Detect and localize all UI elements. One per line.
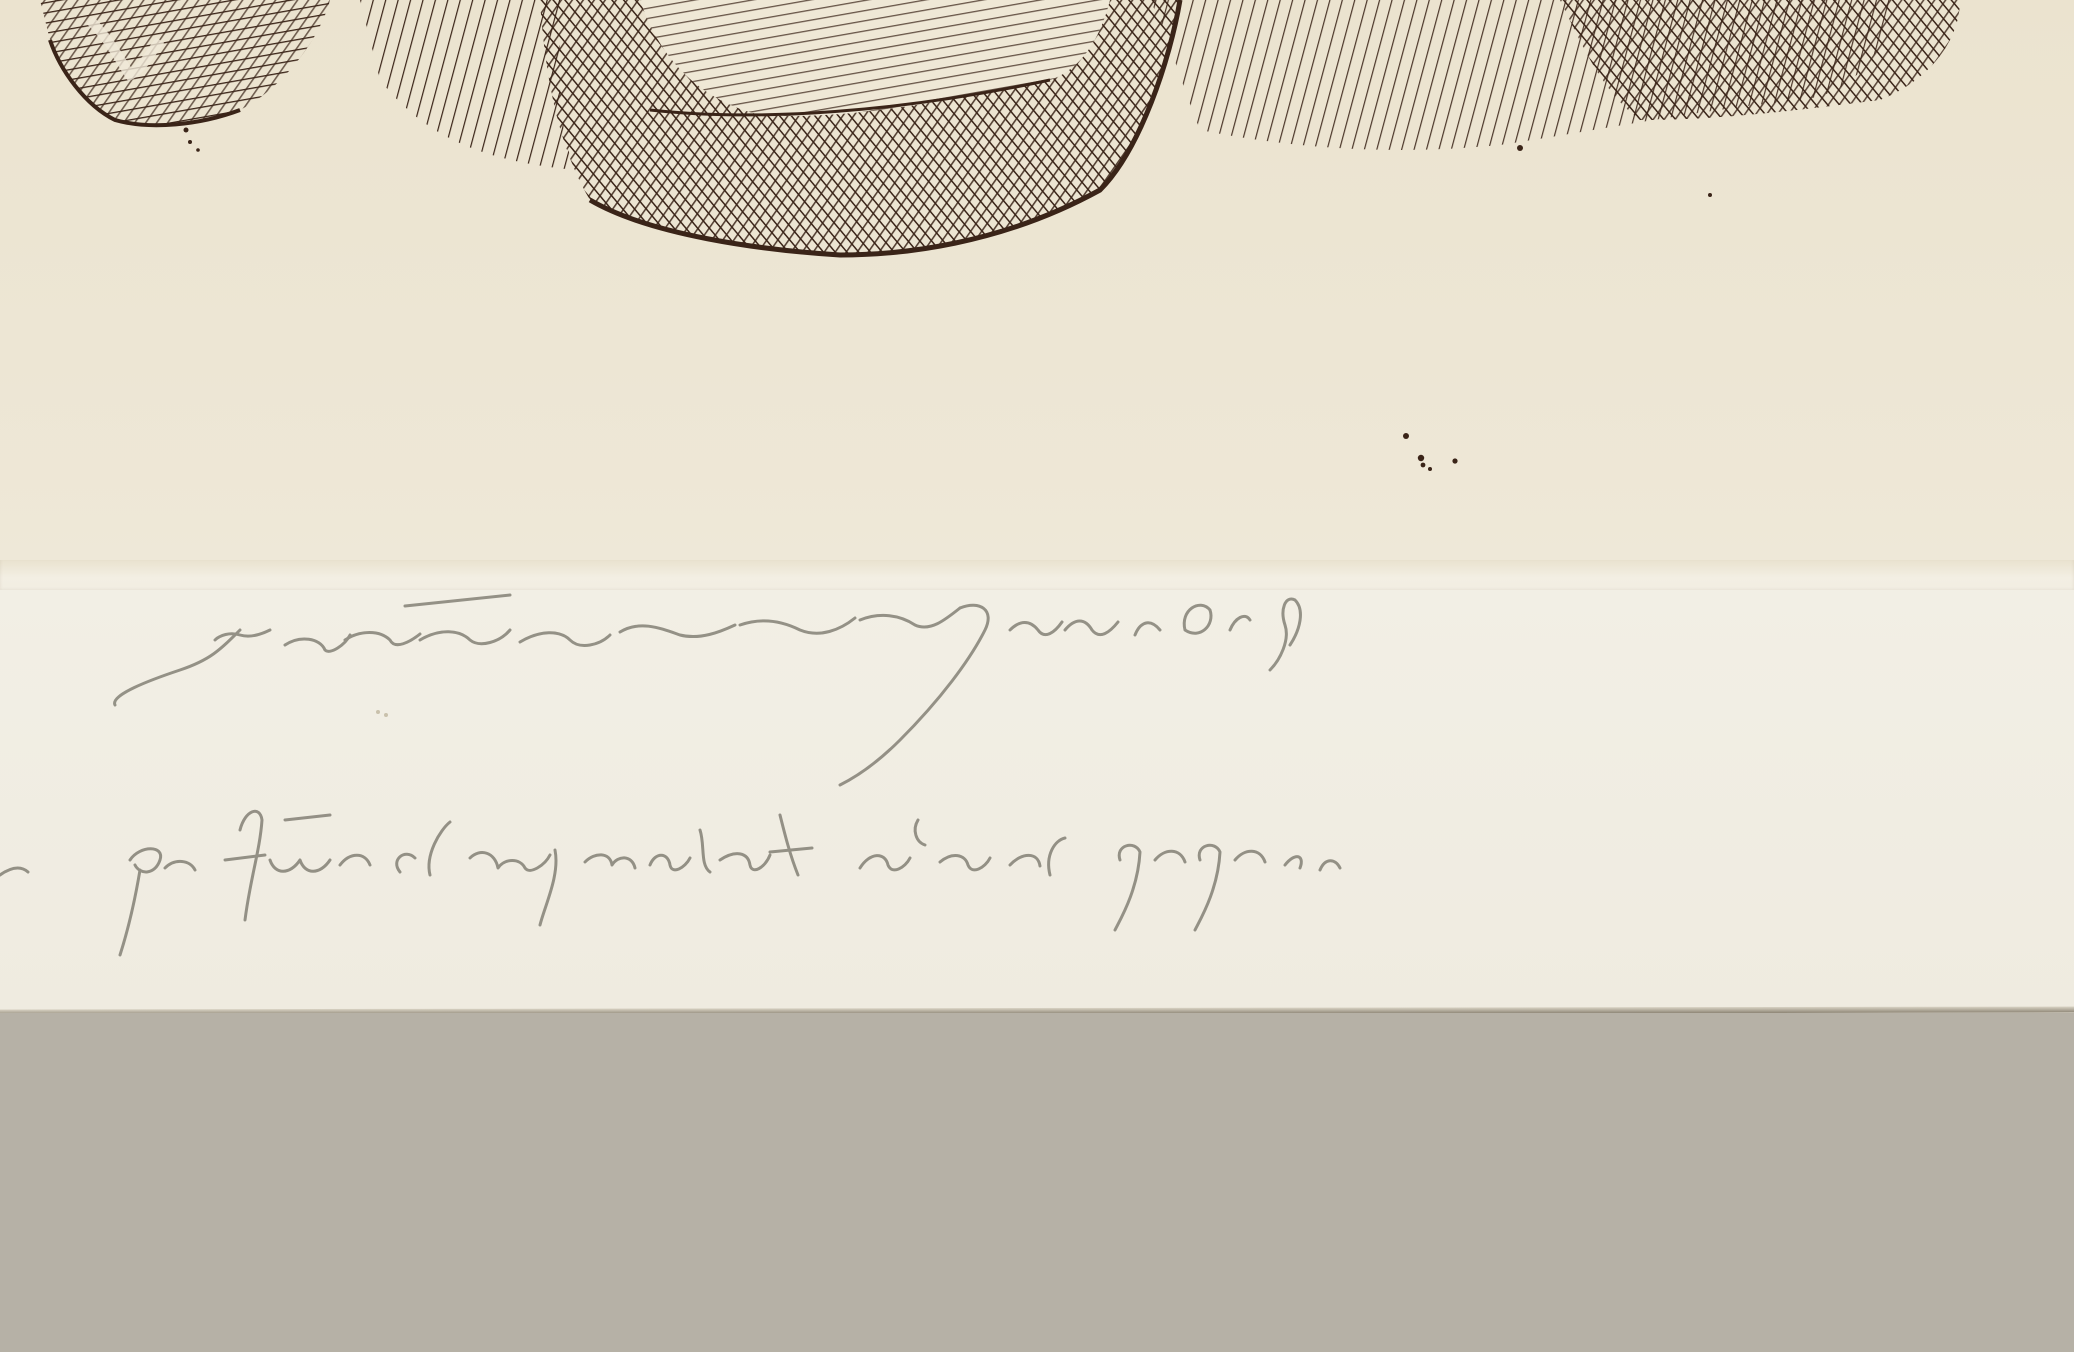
etching-central-form <box>360 0 1180 255</box>
paper-margin <box>0 590 2074 1015</box>
plate-mark <box>0 560 2074 592</box>
caption-handwriting <box>0 811 1340 955</box>
etching-drawing <box>0 0 2074 575</box>
etching-left-form <box>40 0 330 125</box>
mount-board <box>0 1013 2074 1352</box>
etching-plate-area <box>0 0 2074 575</box>
artwork-photo: [signature] 018 …e gefunden, radiert und… <box>0 0 2074 1352</box>
pencil-inscription <box>0 590 2074 1015</box>
etching-right-form <box>1150 0 1960 150</box>
paper-specks <box>376 710 388 717</box>
signature <box>115 595 1301 785</box>
